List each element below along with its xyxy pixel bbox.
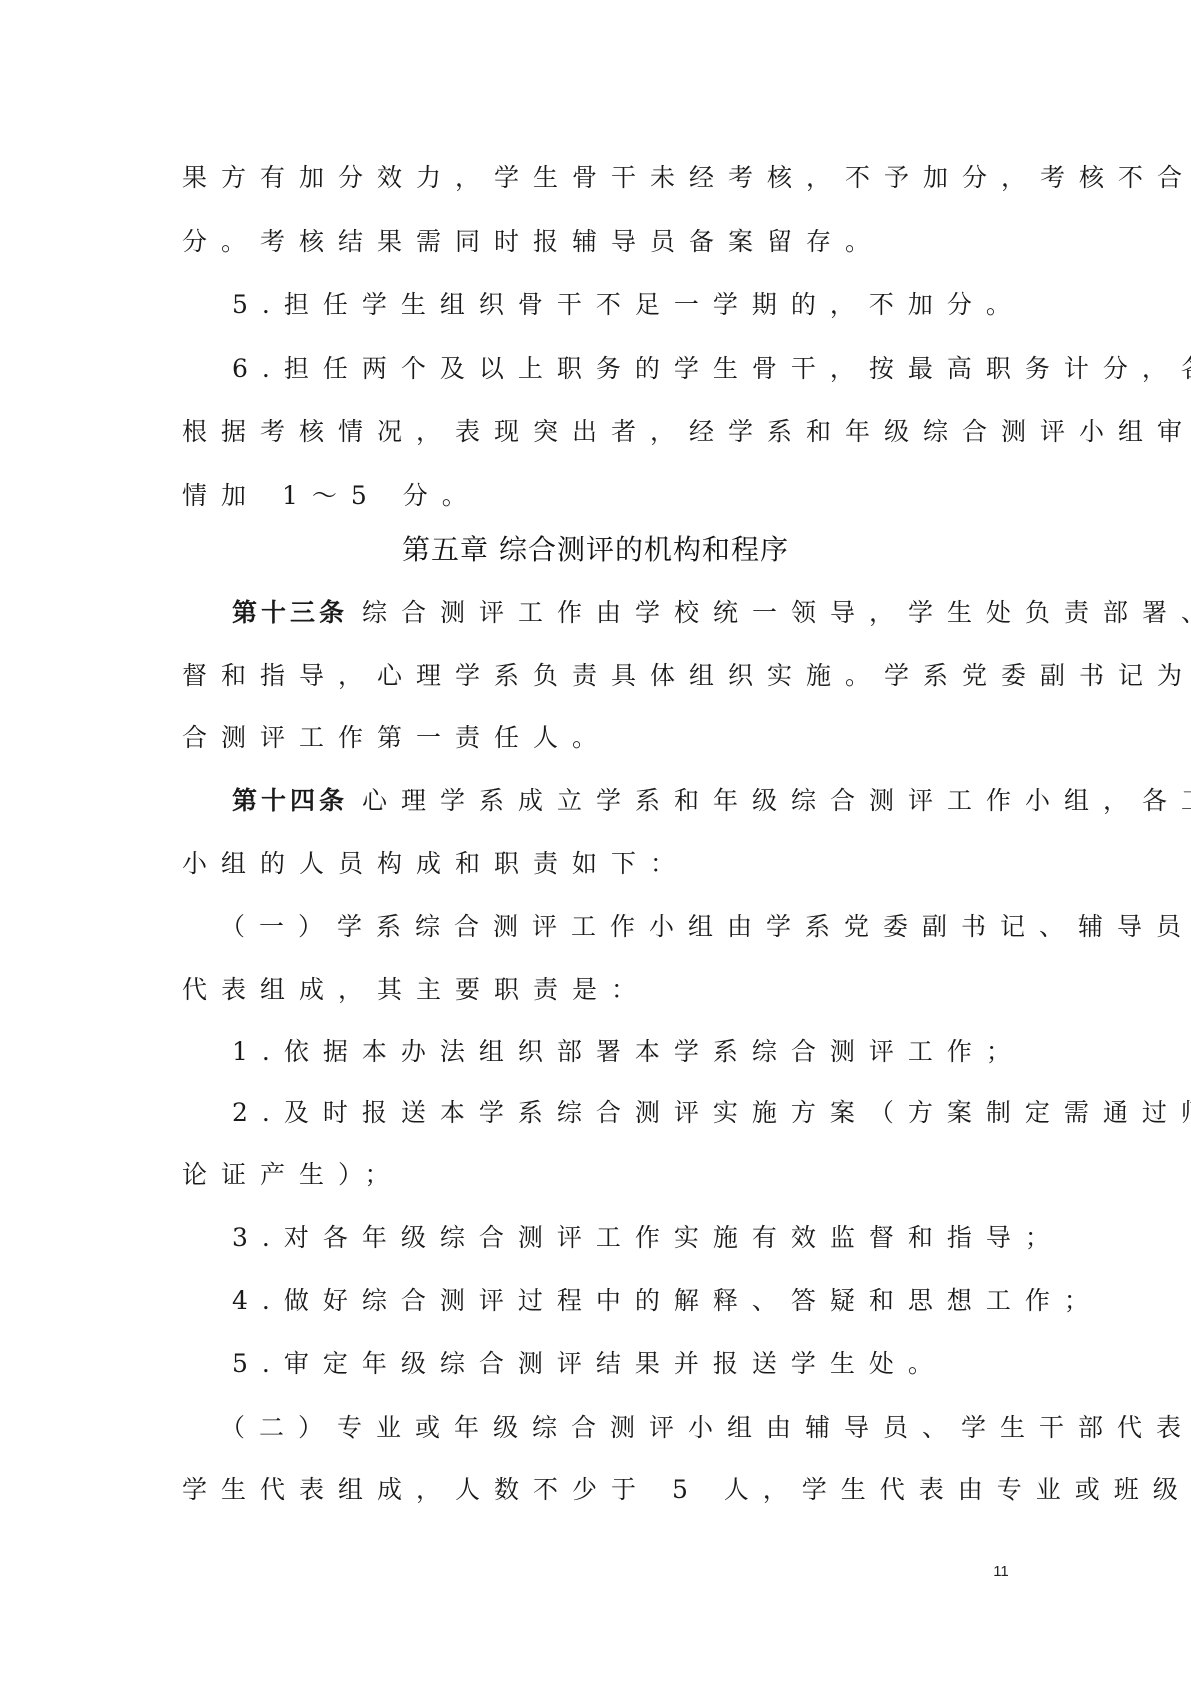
paragraph-line: 学生代表组成，人数不少于 5 人，学生代表由专业或班级全体学生投	[182, 1470, 1042, 1510]
article-13-label: 第十三条	[232, 598, 348, 627]
paragraph-line: 情加 1～5 分。	[182, 476, 1042, 516]
paragraph-line: 果方有加分效力，学生骨干未经考核，不予加分，考核不合格不予加	[182, 158, 1042, 198]
list-item: 5.审定年级综合测评结果并报送学生处。	[232, 1344, 1092, 1384]
paragraph-line: 小组的人员构成和职责如下：	[182, 844, 1042, 884]
list-item: 5.担任学生组织骨干不足一学期的，不加分。	[232, 285, 1092, 325]
section-2-intro: （二）专业或年级综合测评小组由辅导员、学生干部代表和普通	[220, 1408, 1080, 1448]
paragraph-line: 合测评工作第一责任人。	[182, 718, 1042, 758]
article-13-text: 综合测评工作由学校统一领导，学生处负责部署、监	[362, 598, 1191, 627]
article-13: 第十三条综合测评工作由学校统一领导，学生处负责部署、监	[232, 593, 1092, 633]
document-page: 果方有加分效力，学生骨干未经考核，不予加分，考核不合格不予加 分。考核结果需同时…	[0, 0, 1191, 1684]
paragraph-line: 督和指导，心理学系负责具体组织实施。学系党委副书记为本单位综	[182, 656, 1042, 696]
list-item: 1.依据本办法组织部署本学系综合测评工作；	[232, 1032, 1092, 1072]
article-14: 第十四条心理学系成立学系和年级综合测评工作小组，各工作	[232, 781, 1092, 821]
paragraph-line: 论证产生）；	[182, 1155, 1042, 1195]
list-item: 4.做好综合测评过程中的解释、答疑和思想工作；	[232, 1281, 1092, 1321]
article-14-label: 第十四条	[232, 786, 348, 815]
list-item: 2.及时报送本学系综合测评实施方案（方案制定需通过师生充分	[232, 1093, 1092, 1133]
paragraph-line: 分。考核结果需同时报辅导员备案留存。	[182, 222, 1042, 262]
page-number: 11	[986, 1563, 1016, 1580]
paragraph-line: 根据考核情况，表现突出者，经学系和年级综合测评小组审定，可酌	[182, 412, 1042, 452]
chapter-heading: 第五章 综合测评的机构和程序	[0, 530, 1191, 570]
section-1-intro: （一）学系综合测评工作小组由学系党委副书记、辅导员和学生	[220, 907, 1080, 947]
list-item: 6.担任两个及以上职务的学生骨干，按最高职务计分，各项职务	[232, 349, 1092, 389]
paragraph-line: 代表组成，其主要职责是：	[182, 970, 1042, 1010]
list-item: 3.对各年级综合测评工作实施有效监督和指导；	[232, 1218, 1092, 1258]
article-14-text: 心理学系成立学系和年级综合测评工作小组，各工作	[362, 786, 1191, 815]
